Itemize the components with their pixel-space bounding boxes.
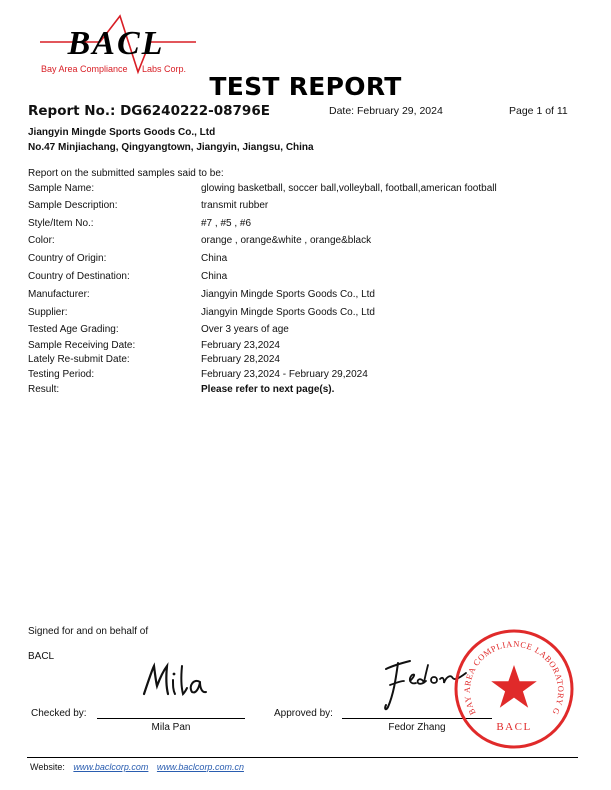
page-number: Page 1 of 11 [509,105,568,117]
info-label: Supplier: [28,306,67,319]
logo-wordmark: BACL [67,25,165,62]
svg-text:BAY AREA COMPLIANCE LABORATORY: BAY AREA COMPLIANCE LABORATORY GROUP [452,627,566,717]
info-label: Result: [28,383,59,396]
info-label: Country of Origin: [28,252,106,265]
info-value: February 23,2024 - February 29,2024 [201,368,368,381]
page-title: TEST REPORT [0,72,611,101]
info-label: Style/Item No.: [28,217,94,230]
info-label: Lately Re-submit Date: [28,353,130,366]
info-label: Color: [28,234,55,247]
checked-by-label: Checked by: [31,708,87,719]
info-value: China [201,270,227,283]
seal-bottom-text: BACL [496,721,531,733]
signing-org: BACL [28,651,54,662]
info-label: Sample Description: [28,199,117,212]
footer-divider [27,757,578,758]
bacl-logo: BACL Bay Area Compliance Labs Corp. [38,14,198,76]
signed-for-text: Signed for and on behalf of [28,626,148,637]
info-label: Sample Receiving Date: [28,339,135,352]
info-label: Sample Name: [28,182,94,195]
website-label: Website: [30,762,65,772]
info-value: Jiangyin Mingde Sports Goods Co., Ltd [201,306,375,319]
approved-by-label: Approved by: [274,708,333,719]
info-value: Please refer to next page(s). [201,383,334,396]
report-date: Date: February 29, 2024 [329,105,443,117]
checked-by-name: Mila Pan [97,722,245,733]
footer: Website: www.baclcorp.com www.baclcorp.c… [30,762,244,772]
seal-star-icon [491,665,537,708]
checked-signature [138,660,218,705]
website-link-cn[interactable]: www.baclcorp.com.cn [157,762,244,772]
info-value: Jiangyin Mingde Sports Goods Co., Ltd [201,288,375,301]
info-value: transmit rubber [201,199,268,212]
info-label: Tested Age Grading: [28,323,119,336]
info-label: Manufacturer: [28,288,90,301]
info-value: orange , orange&white , orange&black [201,234,371,247]
info-value: February 28,2024 [201,353,280,366]
intro-text: Report on the submitted samples said to … [28,168,224,179]
applicant-name: Jiangyin Mingde Sports Goods Co., Ltd [28,127,215,138]
info-label: Country of Destination: [28,270,130,283]
info-value: China [201,252,227,265]
report-number: Report No.: DG6240222-08796E [28,103,270,119]
info-value: #7 , #5 , #6 [201,217,251,230]
checked-signature-line [97,718,245,719]
company-seal: BAY AREA COMPLIANCE LABORATORY GROUP BAC… [452,627,576,756]
info-value: Over 3 years of age [201,323,289,336]
website-link-com[interactable]: www.baclcorp.com [73,762,148,772]
info-value: glowing basketball, soccer ball,volleyba… [201,182,497,195]
seal-ring-text: BAY AREA COMPLIANCE LABORATORY GROUP [452,627,566,717]
info-label: Testing Period: [28,368,94,381]
info-value: February 23,2024 [201,339,280,352]
applicant-address: No.47 Minjiachang, Qingyangtown, Jiangyi… [28,142,314,153]
